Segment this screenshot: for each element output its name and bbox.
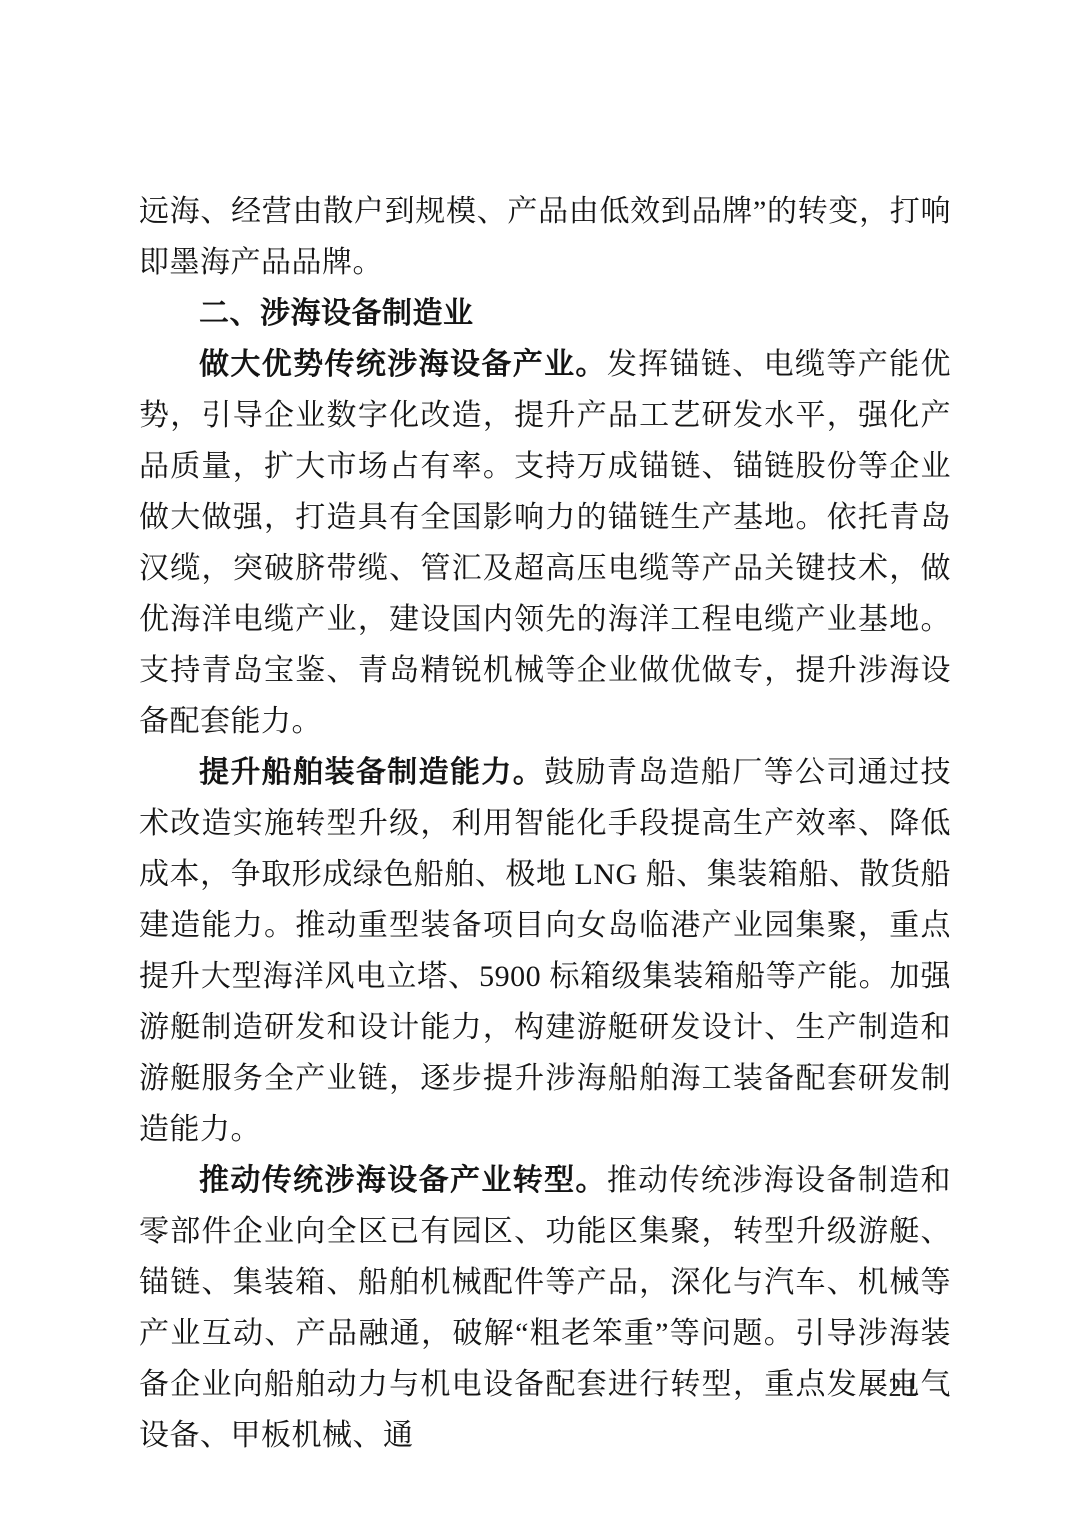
paragraph-1-lead: 做大优势传统涉海设备产业。 bbox=[199, 348, 607, 381]
paragraph-3-body: 推动传统涉海设备制造和零部件企业向全区已有园区、功能区集聚，转型升级游艇、锚链、… bbox=[139, 1164, 951, 1452]
paragraph-2-lead: 提升船舶装备制造能力。 bbox=[199, 756, 544, 789]
section-heading: 二、涉海设备制造业 bbox=[139, 288, 951, 339]
paragraph-3: 推动传统涉海设备产业转型。推动传统涉海设备制造和零部件企业向全区已有园区、功能区… bbox=[139, 1155, 951, 1461]
paragraph-continuation: 远海、经营由散户到规模、产品由低效到品牌”的转变，打响即墨海产品品牌。 bbox=[139, 186, 951, 288]
paragraph-2: 提升船舶装备制造能力。鼓励青岛造船厂等公司通过技术改造实施转型升级，利用智能化手… bbox=[139, 747, 951, 1155]
document-body: 远海、经营由散户到规模、产品由低效到品牌”的转变，打响即墨海产品品牌。 二、涉海… bbox=[139, 186, 951, 1461]
page-number: – 21 – bbox=[863, 1372, 946, 1404]
paragraph-3-lead: 推动传统涉海设备产业转型。 bbox=[199, 1164, 607, 1197]
paragraph-2-body: 鼓励青岛造船厂等公司通过技术改造实施转型升级，利用智能化手段提高生产效率、降低成… bbox=[139, 756, 951, 1146]
paragraph-1: 做大优势传统涉海设备产业。发挥锚链、电缆等产能优势，引导企业数字化改造，提升产品… bbox=[139, 339, 951, 747]
paragraph-1-body: 发挥锚链、电缆等产能优势，引导企业数字化改造，提升产品工艺研发水平，强化产品质量… bbox=[139, 348, 951, 738]
document-page: 远海、经营由散户到规模、产品由低效到品牌”的转变，打响即墨海产品品牌。 二、涉海… bbox=[0, 0, 1074, 1520]
